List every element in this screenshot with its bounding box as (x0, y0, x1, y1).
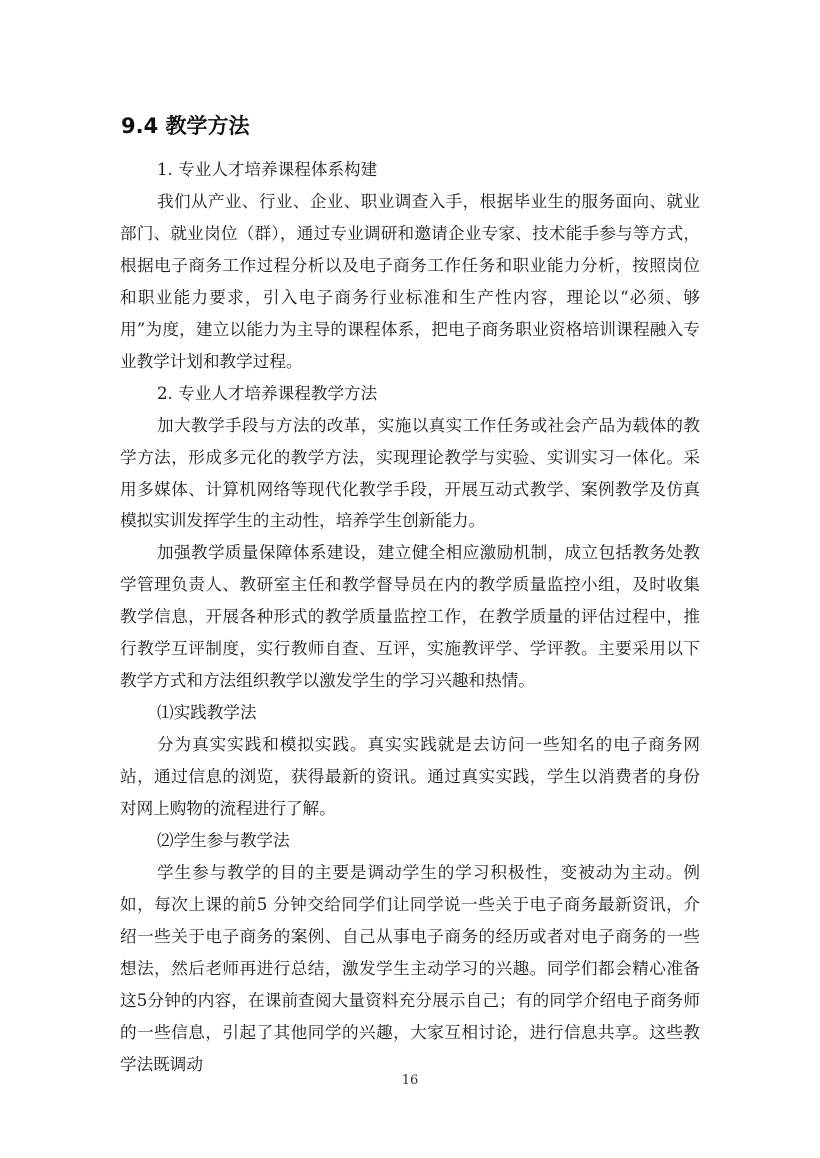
body-text: 1. 专业人才培养课程体系构建 我们从产业、行业、企业、职业调查入手，根据毕业生… (120, 154, 700, 1081)
paragraph-5: 学生参与教学的目的主要是调动学生的学习积极性，变被动为主动。例如，每次上课的前5… (120, 857, 700, 1081)
subheading-practice-method: ⑴实践教学法 (120, 697, 700, 729)
paragraph-2: 加大教学手段与方法的改革，实施以真实工作任务或社会产品为载体的教学方法，形成多元… (120, 410, 700, 538)
document-page: 9.4 教学方法 1. 专业人才培养课程体系构建 我们从产业、行业、企业、职业调… (0, 0, 820, 1158)
paragraph-1: 我们从产业、行业、企业、职业调查入手，根据毕业生的服务面向、就业部门、就业岗位（… (120, 186, 700, 378)
paragraph-3: 加强教学质量保障体系建设，建立健全相应激励机制，成立包括教务处教学管理负责人、教… (120, 537, 700, 697)
section-heading: 9.4 教学方法 (121, 112, 250, 140)
subheading-participation-method: ⑵学生参与教学法 (120, 825, 700, 857)
subheading-1: 1. 专业人才培养课程体系构建 (120, 154, 700, 186)
paragraph-4: 分为真实实践和模拟实践。真实实践就是去访问一些知名的电子商务网站，通过信息的浏览… (120, 729, 700, 825)
page-number: 16 (0, 1073, 820, 1088)
subheading-2: 2. 专业人才培养课程教学方法 (120, 378, 700, 410)
